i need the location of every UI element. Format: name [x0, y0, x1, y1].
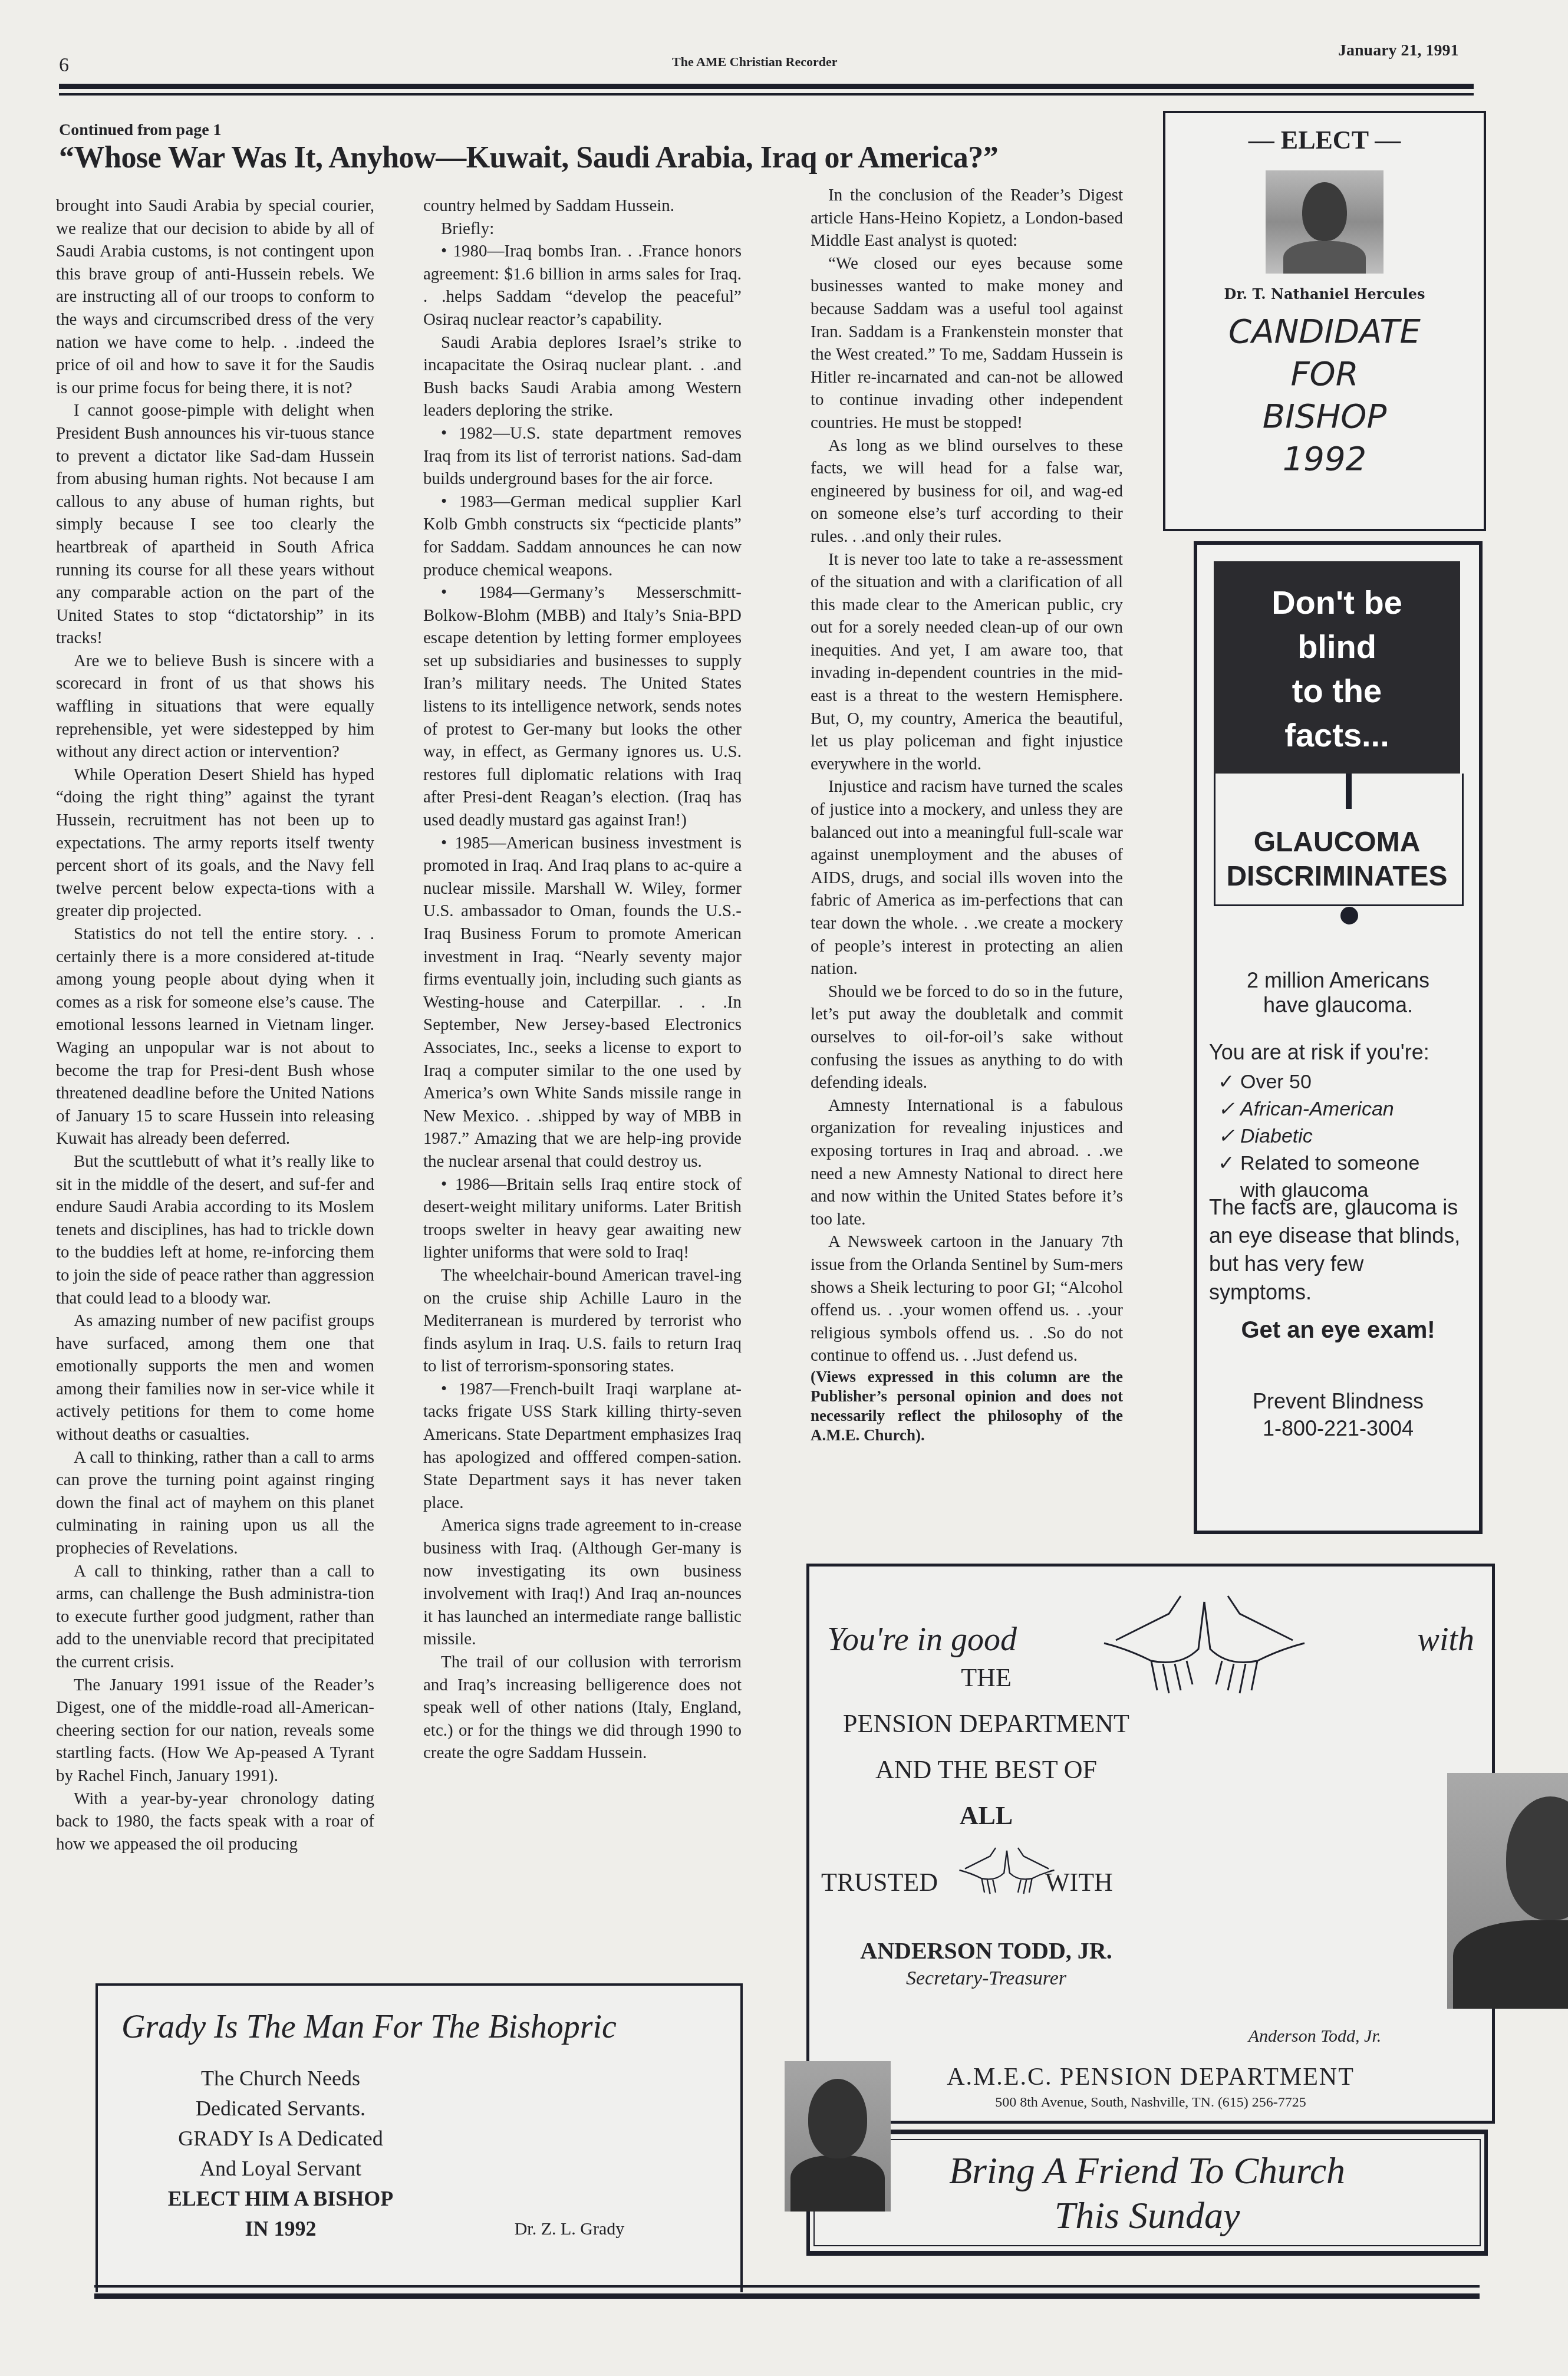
grady-bishop-ad: Grady Is The Man For The Bishopric The C…: [95, 1983, 743, 2292]
grady-line: GRADY Is A Dedicated: [116, 2124, 446, 2154]
header-rule-thin: [59, 93, 1474, 96]
risk-factor-list: ✓Over 50 ✓African-American ✓Diabetic ✓Re…: [1218, 1068, 1419, 1204]
pension-line: PENSION DEPARTMENT: [821, 1701, 1151, 1747]
paragraph: Should we be forced to do so in the futu…: [811, 980, 1123, 1094]
org-name: Prevent Blindness: [1197, 1388, 1479, 1415]
continued-label: Continued from page 1: [59, 121, 222, 140]
paragraph: Are we to believe Bush is sincere with a…: [56, 650, 374, 764]
glaucoma-facts: The facts are, glaucoma is an eye diseas…: [1209, 1193, 1468, 1307]
header-rule: [59, 84, 1474, 89]
slogan-line: 1992: [1165, 438, 1484, 481]
glaucoma-headline: Don't be blind to the facts...: [1214, 561, 1460, 774]
open-hands-small-icon: [954, 1844, 1060, 1897]
paragraph: It is never too late to take a re-assess…: [811, 548, 1123, 776]
slogan-line: CANDIDATE: [1165, 311, 1484, 353]
pension-line: THE: [821, 1655, 1151, 1701]
treasurer-name: ANDERSON TODD, JR.: [821, 1937, 1151, 1964]
tagline-right: with: [1418, 1621, 1474, 1658]
publication-name: The AME Christian Recorder: [672, 54, 837, 70]
page-number: 6: [59, 54, 69, 77]
candidate-slogan: CANDIDATE FOR BISHOP 1992: [1165, 311, 1484, 481]
church-message: Bring A Friend To Church This Sunday: [813, 2139, 1481, 2246]
article-column-2: country helmed by Saddam Hussein. Briefl…: [423, 195, 742, 1765]
sign-post-icon: [1346, 774, 1352, 809]
department-address: 500 8th Avenue, South, Nashville, TN. (6…: [809, 2095, 1492, 2111]
paragraph: Amnesty International is a fabulous orga…: [811, 1094, 1123, 1231]
paragraph: As long as we blind ourselves to these f…: [811, 435, 1123, 548]
risk-factor-label: Diabetic: [1240, 1125, 1313, 1147]
grady-line: And Loyal Servant: [116, 2154, 446, 2184]
paragraph: A call to thinking, rather than a call t…: [56, 1560, 374, 1674]
grady-title: Grady Is The Man For The Bishopric: [121, 2008, 617, 2046]
eye-exam-cta: Get an eye exam!: [1197, 1317, 1479, 1344]
photo-caption: Dr. Z. L. Grady: [505, 2219, 634, 2239]
risk-factor-label: Related to someone: [1240, 1152, 1419, 1174]
paragraph: Injustice and racism have turned the sca…: [811, 775, 1123, 980]
paragraph: In the conclusion of the Reader’s Digest…: [811, 184, 1123, 252]
message-line: This Sunday: [815, 2193, 1480, 2238]
paragraph: A call to thinking, rather than a call t…: [56, 1446, 374, 1560]
article-column-1: brought into Saudi Arabia by special cou…: [56, 195, 374, 1855]
risk-intro: You are at risk if you're:: [1209, 1040, 1429, 1065]
glaucoma-sign-text: GLAUCOMA DISCRIMINATES: [1214, 825, 1460, 894]
slogan-line: BISHOP: [1165, 396, 1484, 438]
paragraph: country helmed by Saddam Hussein.: [423, 195, 742, 218]
paragraph: A Newsweek cartoon in the January 7th is…: [811, 1230, 1123, 1367]
paragraph: • 1982—U.S. state department removes Ira…: [423, 422, 742, 491]
risk-factor: ✓Diabetic: [1218, 1123, 1419, 1150]
grady-line: IN 1992: [116, 2214, 446, 2244]
phone-number: 1-800-221-3004: [1197, 1415, 1479, 1442]
risk-factor-label: Over 50: [1240, 1071, 1312, 1093]
glaucoma-ad: Don't be blind to the facts... GLAUCOMA …: [1194, 541, 1483, 1534]
dot-icon: [1340, 907, 1358, 924]
footer-rule: [94, 2293, 1480, 2299]
paragraph: • 1987—French-built Iraqi warplane at-ta…: [423, 1378, 742, 1515]
checkmark-icon: ✓: [1218, 1095, 1240, 1123]
paragraph: With a year-by-year chronology dating ba…: [56, 1788, 374, 1856]
article-column-3: In the conclusion of the Reader’s Digest…: [811, 184, 1123, 1445]
checkmark-icon: ✓: [1218, 1150, 1240, 1177]
candidate-name: Dr. T. Nathaniel Hercules: [1165, 285, 1484, 302]
paragraph: As amazing number of new pacifist groups…: [56, 1309, 374, 1446]
risk-factor: ✓Related to someone: [1218, 1150, 1419, 1177]
paragraph: • 1986—Britain sells Iraq entire stock o…: [423, 1173, 742, 1264]
checkmark-icon: ✓: [1218, 1123, 1240, 1150]
elect-title: — ELECT —: [1165, 125, 1484, 155]
paragraph: Statistics do not tell the entire story.…: [56, 923, 374, 1150]
risk-factor: ✓African-American: [1218, 1095, 1419, 1123]
grady-line: The Church Needs: [116, 2064, 446, 2094]
grady-line: Dedicated Servants.: [116, 2094, 446, 2124]
paragraph: • 1985—American business investment is p…: [423, 832, 742, 1173]
treasurer-photo: [1447, 1773, 1568, 2009]
editorial-disclaimer: (Views expressed in this column are the …: [811, 1367, 1123, 1445]
with-label: WITH: [1045, 1867, 1113, 1897]
paragraph: • 1980—Iraq bombs Iran. . .France honors…: [423, 240, 742, 331]
pension-department-ad: You're in good with THE PENSION DEPARTME…: [806, 1564, 1495, 2124]
photo-caption: Anderson Todd, Jr.: [1210, 2026, 1419, 2046]
article-headline: “Whose War Was It, Anyhow—Kuwait, Saudi …: [59, 140, 998, 175]
sign-line: DISCRIMINATES: [1214, 860, 1460, 894]
checkmark-icon: ✓: [1218, 1068, 1240, 1095]
pension-lines: THE PENSION DEPARTMENT AND THE BEST OF A…: [821, 1655, 1151, 1839]
prevent-blindness-contact: Prevent Blindness 1-800-221-3004: [1197, 1388, 1479, 1442]
risk-factor: ✓Over 50: [1218, 1068, 1419, 1095]
grady-line: ELECT HIM A BISHOP: [116, 2184, 446, 2214]
headline-line: facts...: [1214, 713, 1460, 757]
sign-line: GLAUCOMA: [1214, 825, 1460, 860]
paragraph: The trail of our collusion with terroris…: [423, 1651, 742, 1765]
candidate-photo: [1266, 170, 1383, 274]
grady-lines: The Church Needs Dedicated Servants. GRA…: [116, 2064, 446, 2244]
paragraph: The January 1991 issue of the Reader’s D…: [56, 1674, 374, 1788]
message-line: Bring A Friend To Church: [815, 2148, 1480, 2193]
glaucoma-statistic: 2 million Americans have glaucoma.: [1197, 968, 1479, 1018]
stat-line: 2 million Americans: [1197, 968, 1479, 993]
treasurer-title: Secretary-Treasurer: [821, 1967, 1151, 1990]
paragraph: brought into Saudi Arabia by special cou…: [56, 195, 374, 399]
elect-hercules-ad: — ELECT — Dr. T. Nathaniel Hercules CAND…: [1163, 111, 1486, 531]
headline-line: to the: [1214, 669, 1460, 713]
tagline-left: You're in good: [827, 1621, 1017, 1658]
bring-friend-ad: Bring A Friend To Church This Sunday: [806, 2130, 1488, 2256]
grady-photo: [785, 2061, 891, 2212]
paragraph: Briefly:: [423, 218, 742, 241]
paragraph: But the scuttlebutt of what it’s really …: [56, 1150, 374, 1309]
risk-factor-label: African-American: [1240, 1098, 1394, 1120]
paragraph: “We closed our eyes because some busines…: [811, 252, 1123, 435]
issue-date: January 21, 1991: [1338, 41, 1459, 60]
trusted-label: TRUSTED: [821, 1867, 938, 1897]
paragraph: I cannot goose-pimple with delight when …: [56, 399, 374, 650]
headline-line: blind: [1214, 624, 1460, 669]
slogan-line: FOR: [1165, 353, 1484, 396]
paragraph: America signs trade agreement to in-crea…: [423, 1514, 742, 1651]
headline-line: Don't be: [1214, 580, 1460, 624]
paragraph: While Operation Desert Shield has hyped …: [56, 764, 374, 923]
footer-rule-thin: [94, 2285, 1480, 2288]
paragraph: • 1984—Germany’s Messerschmitt-Bolkow-Bl…: [423, 581, 742, 832]
stat-line: have glaucoma.: [1197, 993, 1479, 1018]
paragraph: The wheelchair-bound American travel-ing…: [423, 1264, 742, 1378]
pension-line: AND THE BEST OF: [821, 1747, 1151, 1793]
pension-line: ALL: [821, 1793, 1151, 1839]
paragraph: • 1983—German medical supplier Karl Kolb…: [423, 491, 742, 581]
department-name: A.M.E.C. PENSION DEPARTMENT: [809, 2063, 1492, 2091]
paragraph: Saudi Arabia deplores Israel’s strike to…: [423, 331, 742, 422]
